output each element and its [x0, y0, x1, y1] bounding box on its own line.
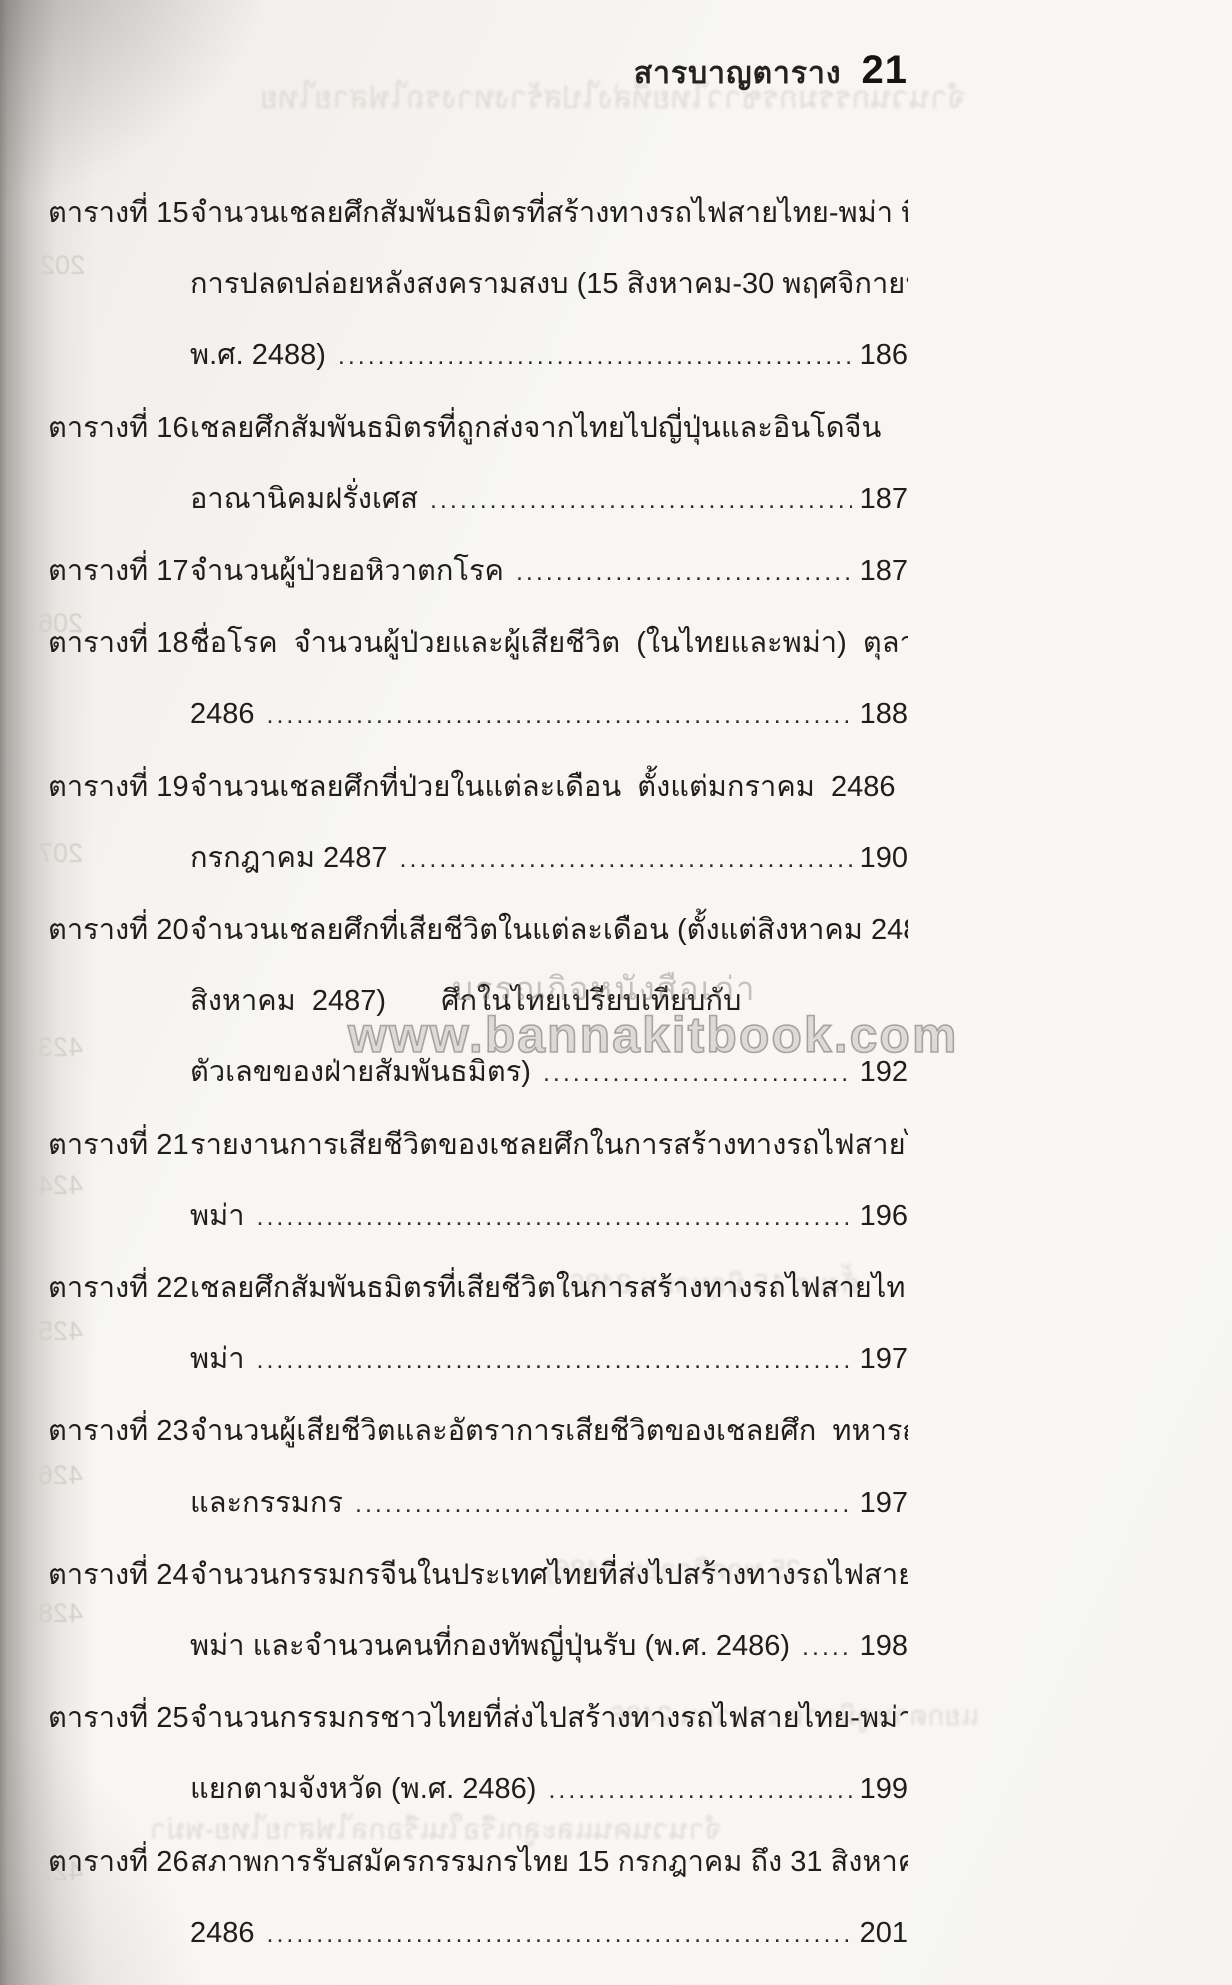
toc-entry-text: จำนวนผู้ป่วยอหิวาตกโรค..................… [190, 536, 908, 608]
toc-entry-text: รายงานการเสียชีวิตของเชลยศึกในการสร้างทา… [190, 1110, 908, 1253]
toc-line-text: จำนวนเชลยศึกที่ป่วยในแต่ละเดือน ตั้งแต่ม… [190, 771, 908, 803]
toc-entry-text: จำนวนกรรมกรจีนในประเทศไทยที่ส่งไปสร้างทา… [190, 1540, 908, 1683]
toc-line: ตัวเลขของฝ่ายสัมพันธมิตร)...............… [190, 1037, 908, 1109]
dot-leader: ........................................… [326, 321, 852, 392]
toc-line-text: เชลยศึกสัมพันธมิตรที่เสียชีวิตในการสร้าง… [190, 1272, 908, 1304]
toc-line-text: จำนวนกรรมกรจีนในประเทศไทยที่ส่งไปสร้างทา… [190, 1559, 908, 1591]
toc-entry-label: ตารางที่ 17 [48, 536, 190, 608]
toc-line: สภาพการรับสมัครกรรมกรไทย 15 กรกฎาคม ถึง … [190, 1827, 908, 1898]
dot-leader: ........................................… [255, 1899, 852, 1970]
toc-line: พม่า และจำนวนคนที่กองทัพญี่ปุ่นรับ (พ.ศ.… [190, 1611, 908, 1683]
toc-page-number: 199 [852, 1754, 908, 1825]
toc-entry: ตารางที่ 25จำนวนกรรมกรชาวไทยที่ส่งไปสร้า… [48, 1683, 908, 1826]
toc-entry-label: ตารางที่ 16 [48, 393, 190, 536]
toc-line-text: จำนวนกรรมกรชาวไทยที่ส่งไปสร้างทางรถไฟสาย… [190, 1702, 908, 1734]
toc-entry: ตารางที่ 23จำนวนผู้เสียชีวิตและอัตราการเ… [48, 1396, 908, 1539]
toc-line-text: พม่า [190, 1324, 245, 1395]
toc-entry-label: ตารางที่ 25 [48, 1683, 190, 1826]
toc-line-text: จำนวนเชลยศึกที่เสียชีวิตในแต่ละเดือน (ตั… [190, 914, 908, 946]
toc-line: เชลยศึกสัมพันธมิตรที่ถูกส่งจากไทยไปญี่ปุ… [190, 393, 908, 464]
toc-line-text: 2486 [190, 1898, 255, 1969]
toc-line: พม่า....................................… [190, 1324, 908, 1396]
toc-entry-label: ตารางที่ 19 [48, 752, 190, 895]
toc-line: การปลดปล่อยหลังสงครามสงบ (15 สิงหาคม-30 … [190, 249, 908, 320]
toc-line: จำนวนกรรมกรชาวไทยที่ส่งไปสร้างทางรถไฟสาย… [190, 1683, 908, 1754]
toc-page-number: 188 [852, 679, 908, 750]
toc-entry: ตารางที่ 19จำนวนเชลยศึกที่ป่วยในแต่ละเดื… [48, 752, 908, 895]
toc-entry-label: ตารางที่ 15 [48, 178, 190, 393]
toc-line-text: อาณานิคมฝรั่งเศส [190, 464, 418, 535]
toc-line: จำนวนผู้ป่วยอหิวาตกโรค..................… [190, 536, 908, 608]
dot-leader: ........................................… [536, 1755, 852, 1826]
book-page: 202206207423424425426428429จำนวนกรรมกรชา… [0, 0, 1232, 1985]
toc-line-text: การปลดปล่อยหลังสงครามสงบ (15 สิงหาคม-30 … [190, 268, 908, 300]
toc-line-text: สภาพการรับสมัครกรรมกรไทย 15 กรกฎาคม ถึง … [190, 1846, 908, 1878]
toc-line-text: พม่า [190, 1181, 245, 1252]
toc-line: แยกตามจังหวัด (พ.ศ. 2486)...............… [190, 1754, 908, 1826]
toc-line-text: รายงานการเสียชีวิตของเชลยศึกในการสร้างทา… [190, 1129, 908, 1161]
dot-leader: ........................................… [343, 1469, 852, 1540]
dot-leader: ........................................… [504, 537, 852, 608]
toc-entry-label: ตารางที่ 18 [48, 608, 190, 751]
toc-line-text: แยกตามจังหวัด (พ.ศ. 2486) [190, 1754, 536, 1825]
toc-line-text: สิงหาคม 2487) [190, 985, 386, 1017]
toc-entry-label: ตารางที่ 24 [48, 1540, 190, 1683]
dot-leader: ........................................… [418, 465, 852, 536]
toc-entry: ตารางที่ 20จำนวนเชลยศึกที่เสียชีวิตในแต่… [48, 895, 908, 1110]
toc-entry-text: จำนวนเชลยศึกสัมพันธมิตรที่สร้างทางรถไฟสา… [190, 178, 908, 393]
toc-page-number: 198 [852, 1611, 908, 1682]
toc-entry-text: จำนวนเชลยศึกที่ป่วยในแต่ละเดือน ตั้งแต่ม… [190, 752, 908, 895]
toc-entry-text: จำนวนผู้เสียชีวิตและอัตราการเสียชีวิตของ… [190, 1396, 908, 1539]
toc-entry: ตารางที่ 26สภาพการรับสมัครกรรมกรไทย 15 ก… [48, 1827, 908, 1970]
toc-entry-label: ตารางที่ 23 [48, 1396, 190, 1539]
dot-leader: ........................................… [790, 1612, 852, 1683]
toc-line-text: จำนวนเชลยศึกสัมพันธมิตรที่สร้างทางรถไฟสา… [190, 197, 908, 229]
toc-page-number: 192 [852, 1037, 908, 1108]
toc-line: จำนวนผู้เสียชีวิตและอัตราการเสียชีวิตของ… [190, 1396, 908, 1467]
toc-line: พม่า....................................… [190, 1181, 908, 1253]
toc-line: รายงานการเสียชีวิตของเชลยศึกในการสร้างทา… [190, 1110, 908, 1181]
toc-page-number: 187 [852, 464, 908, 535]
page-header-number: 21 [862, 48, 909, 92]
toc-entry-text: เชลยศึกสัมพันธมิตรที่ถูกส่งจากไทยไปญี่ปุ… [190, 393, 908, 536]
toc-line: จำนวนเชลยศึกสัมพันธมิตรที่สร้างทางรถไฟสา… [190, 178, 908, 249]
toc-entry: ตารางที่ 17จำนวนผู้ป่วยอหิวาตกโรค.......… [48, 536, 908, 608]
toc-entry-label: ตารางที่ 20 [48, 895, 190, 1110]
toc-line: และกรรมกร...............................… [190, 1468, 908, 1540]
toc-line-text: เชลยศึกสัมพันธมิตรที่ถูกส่งจากไทยไปญี่ปุ… [190, 412, 881, 444]
dot-leader: ........................................… [388, 824, 852, 895]
toc-page-number: 201 [852, 1898, 908, 1969]
toc-line-text: และกรรมกร [190, 1468, 343, 1539]
toc-page-number: 197 [852, 1468, 908, 1539]
toc-entry-label: ตารางที่ 26 [48, 1827, 190, 1970]
toc-line-text: ตัวเลขของฝ่ายสัมพันธมิตร) [190, 1037, 531, 1108]
dot-leader: ........................................… [531, 1038, 852, 1109]
table-of-contents-list: ตารางที่ 15จำนวนเชลยศึกสัมพันธมิตรที่สร้… [48, 178, 908, 1970]
toc-line: สิงหาคม 2487)ศึกในไทยเปรียบเทียบกับ [190, 966, 908, 1037]
toc-line-text: จำนวนผู้ป่วยอหิวาตกโรค [190, 536, 504, 607]
toc-entry: ตารางที่ 16เชลยศึกสัมพันธมิตรที่ถูกส่งจา… [48, 393, 908, 536]
toc-entry-text: เชลยศึกสัมพันธมิตรที่เสียชีวิตในการสร้าง… [190, 1253, 908, 1396]
toc-page-number: 186 [852, 320, 908, 391]
toc-entry: ตารางที่ 15จำนวนเชลยศึกสัมพันธมิตรที่สร้… [48, 178, 908, 393]
toc-line-text: พ.ศ. 2488) [190, 320, 326, 391]
toc-entry-text: สภาพการรับสมัครกรรมกรไทย 15 กรกฎาคม ถึง … [190, 1827, 908, 1970]
toc-page-number: 197 [852, 1324, 908, 1395]
dot-leader: ........................................… [255, 680, 852, 751]
toc-page-number: 196 [852, 1181, 908, 1252]
toc-line: เชลยศึกสัมพันธมิตรที่เสียชีวิตในการสร้าง… [190, 1253, 908, 1324]
toc-line-text: ศึกในไทยเปรียบเทียบกับ [441, 985, 741, 1017]
page-corner-shadow-top [0, 0, 260, 200]
toc-line: ชื่อโรค จำนวนผู้ป่วยและผู้เสียชีวิต (ในไ… [190, 608, 908, 679]
toc-line: อาณานิคมฝรั่งเศส........................… [190, 464, 908, 536]
toc-line: จำนวนเชลยศึกที่เสียชีวิตในแต่ละเดือน (ตั… [190, 895, 908, 966]
toc-line-text: 2486 [190, 679, 255, 750]
dot-leader: ........................................… [245, 1325, 852, 1396]
toc-line: 2486....................................… [190, 1898, 908, 1970]
toc-line-text: จำนวนผู้เสียชีวิตและอัตราการเสียชีวิตของ… [190, 1415, 908, 1447]
toc-entry: ตารางที่ 21รายงานการเสียชีวิตของเชลยศึกใ… [48, 1110, 908, 1253]
toc-line: จำนวนกรรมกรจีนในประเทศไทยที่ส่งไปสร้างทา… [190, 1540, 908, 1611]
dot-leader: ........................................… [245, 1182, 852, 1253]
toc-entry-label: ตารางที่ 21 [48, 1110, 190, 1253]
toc-page-number: 190 [852, 823, 908, 894]
page-header: สารบาญตาราง21 [48, 48, 908, 97]
toc-line-text: พม่า และจำนวนคนที่กองทัพญี่ปุ่นรับ (พ.ศ.… [190, 1611, 790, 1682]
toc-entry-text: จำนวนกรรมกรชาวไทยที่ส่งไปสร้างทางรถไฟสาย… [190, 1683, 908, 1826]
toc-line: พ.ศ. 2488)..............................… [190, 320, 908, 392]
toc-page-number: 187 [852, 536, 908, 607]
toc-line: 2486....................................… [190, 679, 908, 751]
toc-entry: ตารางที่ 18ชื่อโรค จำนวนผู้ป่วยและผู้เสี… [48, 608, 908, 751]
page-header-title: สารบาญตาราง [634, 57, 842, 90]
toc-entry-text: จำนวนเชลยศึกที่เสียชีวิตในแต่ละเดือน (ตั… [190, 895, 908, 1110]
toc-entry: ตารางที่ 22เชลยศึกสัมพันธมิตรที่เสียชีวิ… [48, 1253, 908, 1396]
toc-entry: ตารางที่ 24จำนวนกรรมกรจีนในประเทศไทยที่ส… [48, 1540, 908, 1683]
toc-line: กรกฎาคม 2487............................… [190, 823, 908, 895]
toc-line-text: กรกฎาคม 2487 [190, 823, 388, 894]
toc-entry-text: ชื่อโรค จำนวนผู้ป่วยและผู้เสียชีวิต (ในไ… [190, 608, 908, 751]
toc-entry-label: ตารางที่ 22 [48, 1253, 190, 1396]
toc-line: จำนวนเชลยศึกที่ป่วยในแต่ละเดือน ตั้งแต่ม… [190, 752, 908, 823]
toc-line-text: ชื่อโรค จำนวนผู้ป่วยและผู้เสียชีวิต (ในไ… [190, 627, 908, 659]
